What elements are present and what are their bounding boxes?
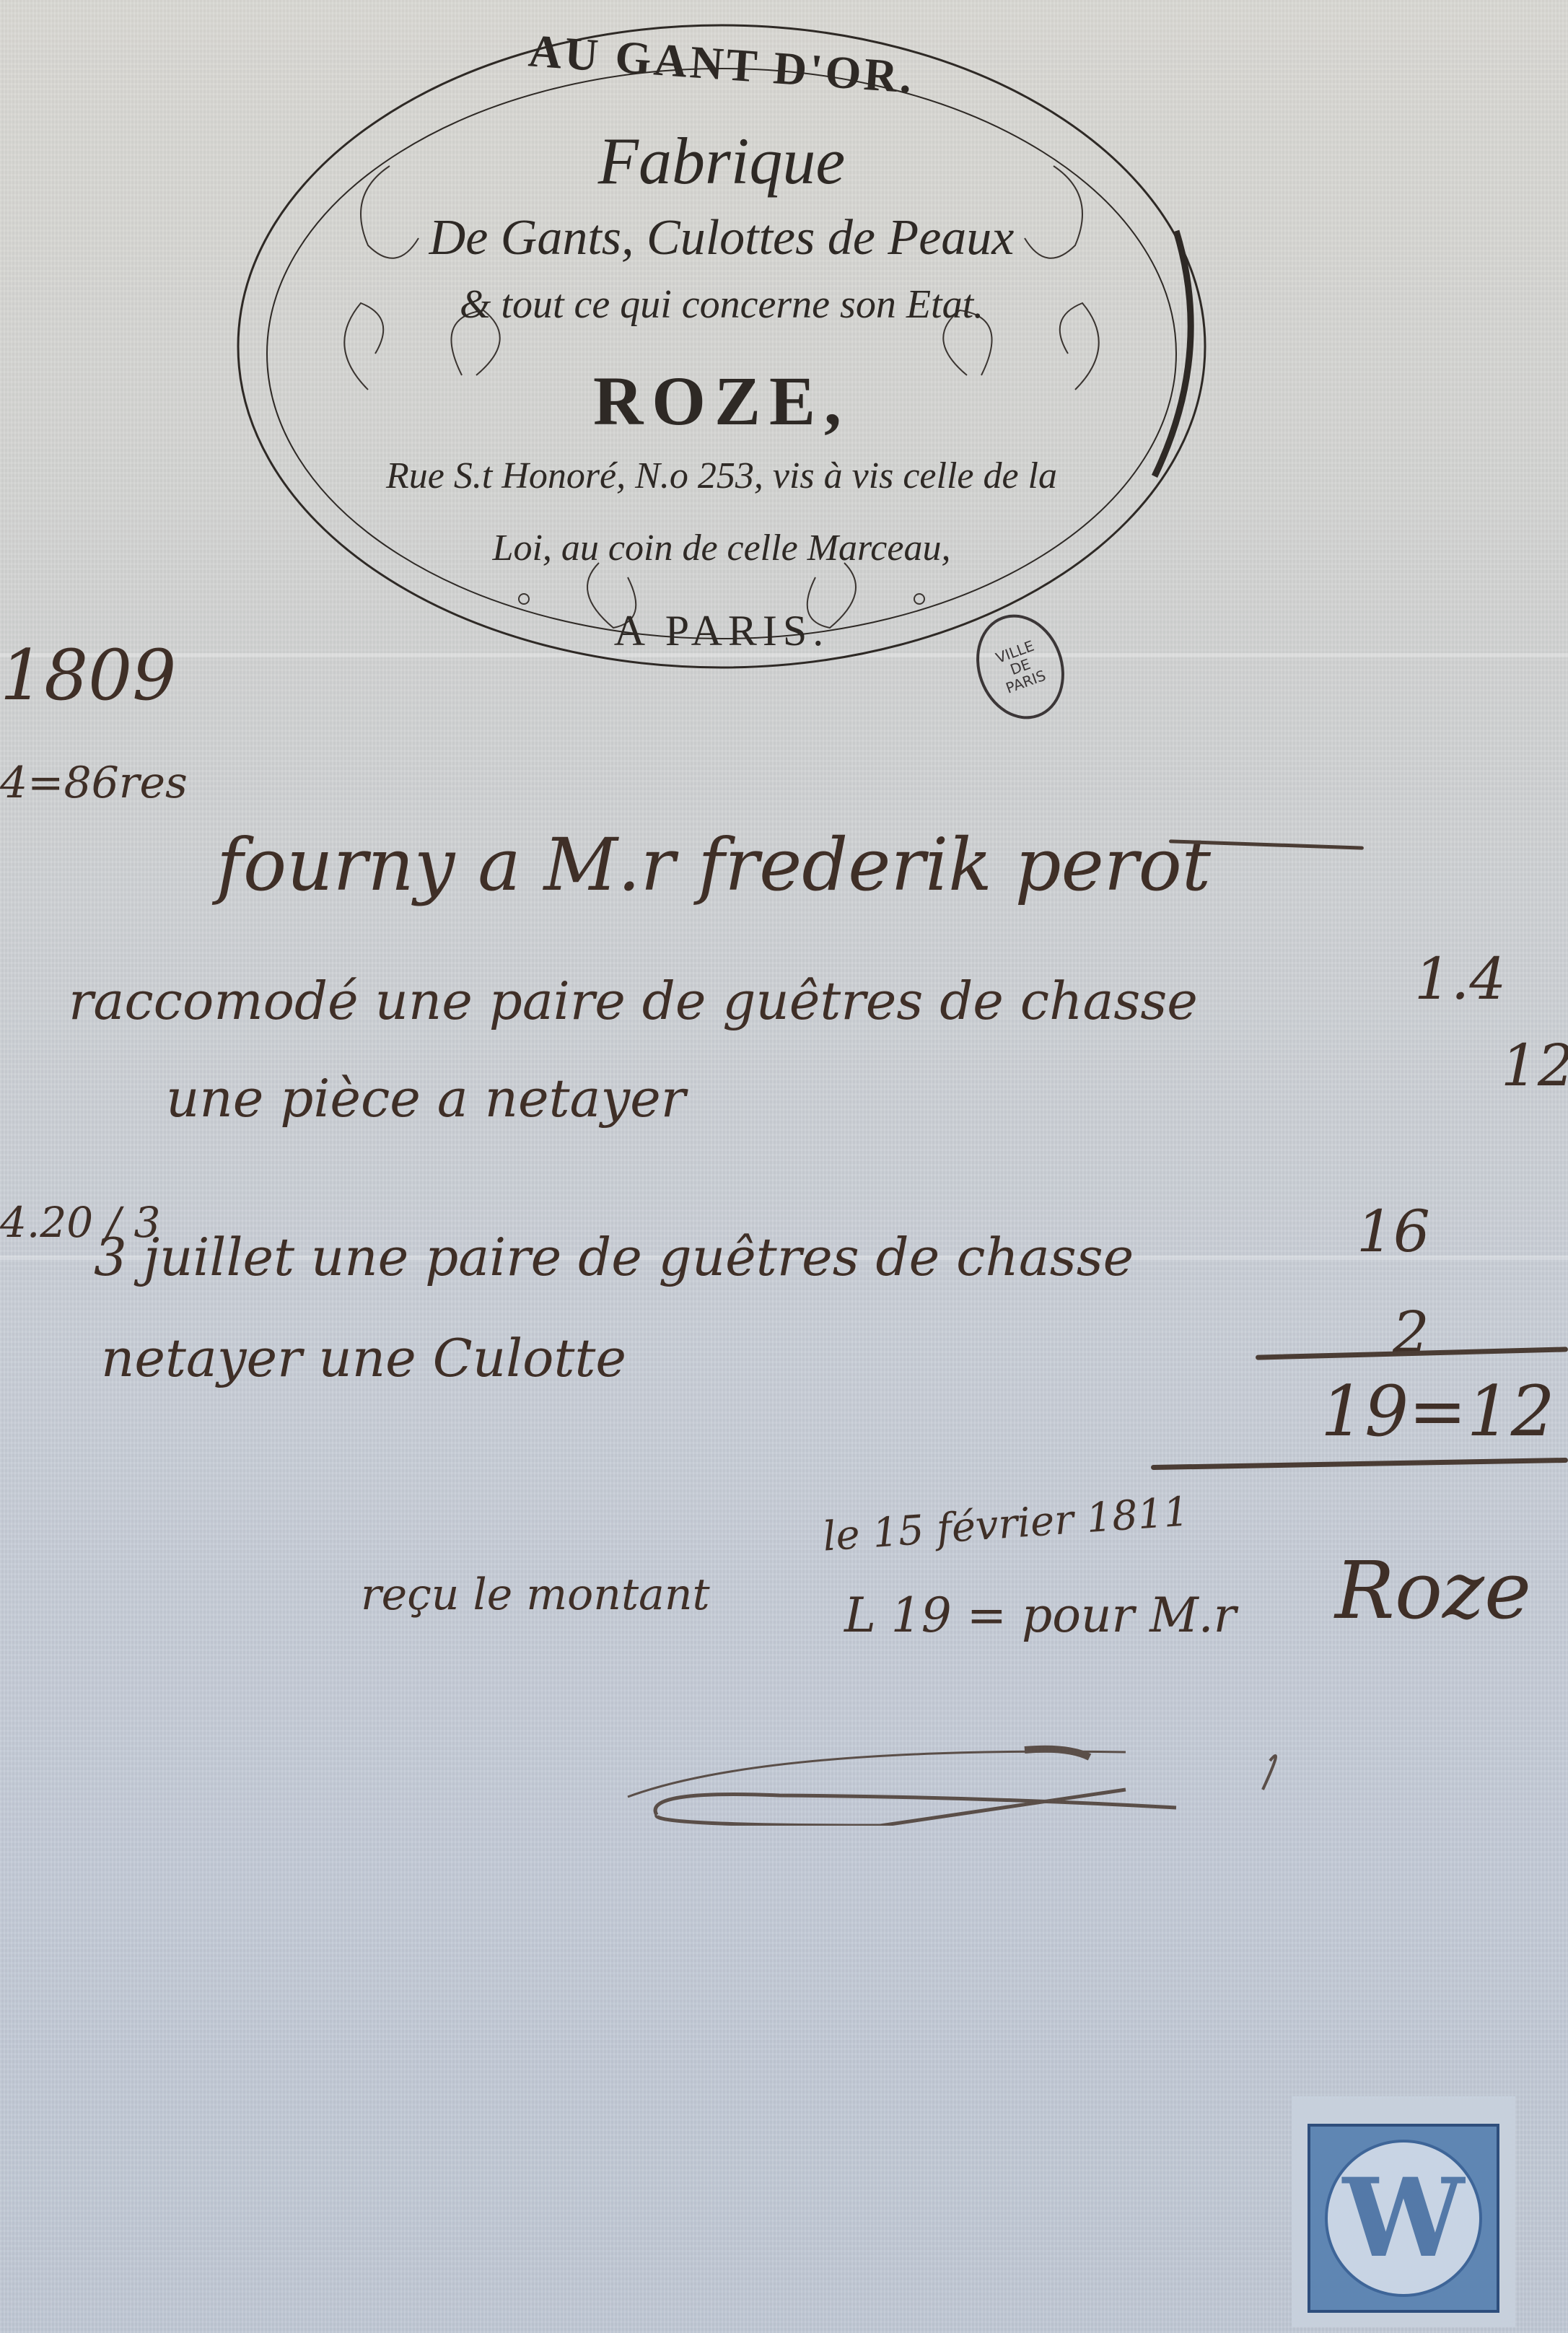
total-rule (1151, 1458, 1568, 1470)
line-item-description: une pièce a netayer (166, 1068, 686, 1129)
letterhead-city: A PARIS. (224, 606, 1219, 656)
line-item-amount: 12 (1501, 1032, 1568, 1099)
letterhead: AU GANT D'OR. Fabrique De Gants, Culotte… (224, 14, 1219, 678)
proprietor-name: ROZE, (224, 361, 1219, 441)
margin-year: 1809 (0, 635, 176, 716)
tax-stamp-frame: W (1308, 2124, 1499, 2313)
stamp-line: PARIS (1004, 667, 1048, 696)
letterhead-tagline: & tout ce qui concerne son Etat. (224, 281, 1219, 328)
signature: Roze (1335, 1544, 1531, 1637)
tax-stamp: W (1292, 2096, 1515, 2327)
address-line-1: Rue S.t Honoré, N.o 253, vis à vis celle… (224, 455, 1219, 497)
invoice-heading: fourny a M.r frederik perot (216, 823, 1211, 907)
receipt-date: le 15 février 1811 (821, 1488, 1191, 1560)
receipt-text: reçu le montant (361, 1570, 710, 1620)
letterhead-products: De Gants, Culottes de Peaux (224, 209, 1219, 267)
address-line-2: Loi, au coin de celle Marceau, (224, 527, 1219, 569)
invoice-total: 19=12 (1320, 1371, 1555, 1452)
signature-flourish (621, 1717, 1342, 1826)
letterhead-title: Fabrique (224, 123, 1219, 199)
line-item-description: netayer une Culotte (101, 1328, 626, 1388)
line-item-description: raccomodé une paire de guêtres de chasse (69, 971, 1198, 1031)
monogram-icon: W (1325, 2140, 1482, 2297)
line-item-amount: 16 (1357, 1198, 1430, 1265)
line-item-description: 3 juillet une paire de guêtres de chasse (94, 1227, 1134, 1287)
margin-reference: 4=86res (0, 758, 188, 808)
receipt-amount: L 19 = pour M.r (844, 1588, 1236, 1643)
line-item-amount: 1.4 (1414, 945, 1506, 1012)
